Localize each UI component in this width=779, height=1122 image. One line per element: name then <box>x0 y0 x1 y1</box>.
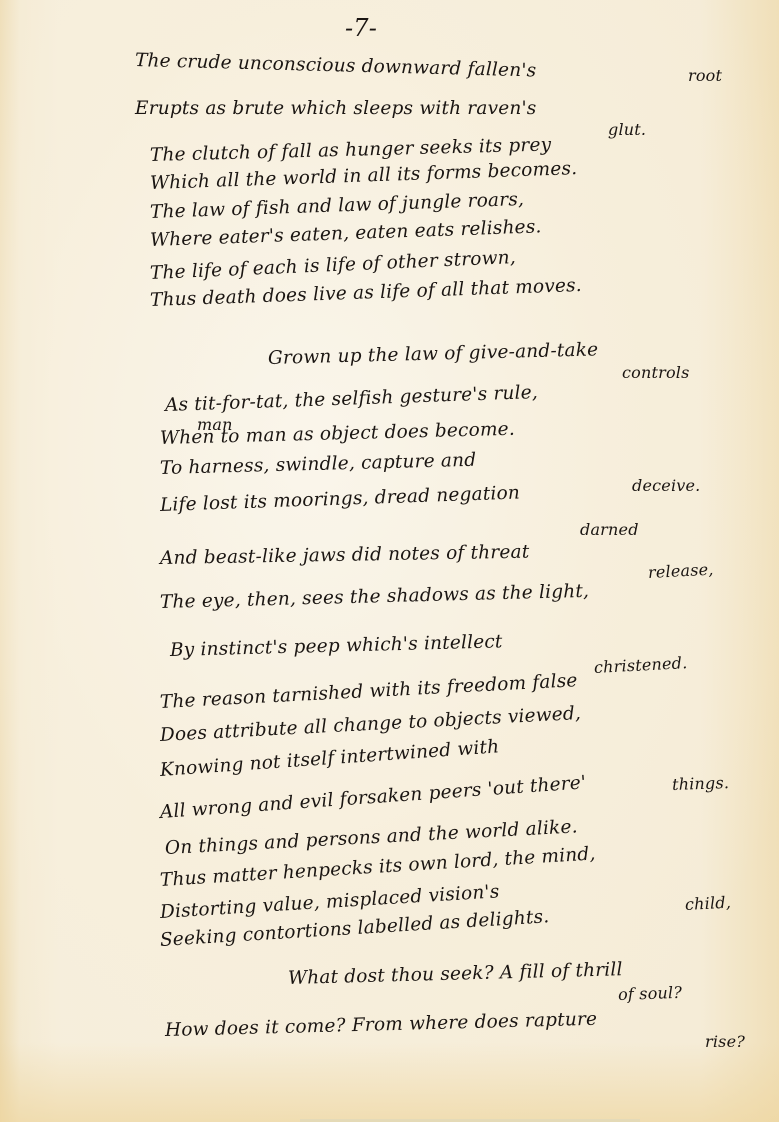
manuscript-page: -7- The crude unconscious downward falle… <box>0 0 779 1122</box>
poem-line: The eye, then, sees the shadows as the l… <box>160 581 590 613</box>
interlinear-word: of soul? <box>618 983 683 1004</box>
poem-line: Life lost its moorings, dread negation <box>160 482 521 516</box>
interlinear-word: child, <box>685 893 732 914</box>
poem-line: The crude unconscious downward fallen's <box>135 50 537 82</box>
poem-line: By instinct's peep which's intellect <box>170 631 503 661</box>
page-number: -7- <box>345 14 377 42</box>
interlinear-word: deceive. <box>632 476 700 495</box>
poem-line: Where eater's eaten, eaten eats relishes… <box>150 216 542 251</box>
poem-line: All wrong and evil forsaken peers 'out t… <box>159 772 587 823</box>
interlinear-word: things. <box>672 773 730 794</box>
poem-line: What dost thou seek? A fill of thrill <box>288 959 623 989</box>
interlinear-word: rise? <box>705 1032 745 1051</box>
poem-line: To harness, swindle, capture and <box>160 450 477 479</box>
poem-line: As tit-for-tat, the selfish gesture's ru… <box>165 382 539 416</box>
interlinear-word: glut. <box>608 120 646 139</box>
interlinear-word: darned <box>580 520 639 539</box>
poem-line: And beast-like jaws did notes of threat <box>160 542 530 569</box>
interlinear-word: christened. <box>594 653 688 677</box>
poem-line: How does it come? From where does raptur… <box>165 1009 598 1041</box>
interlinear-word: root <box>688 66 722 85</box>
interlinear-word: release, <box>648 560 715 582</box>
interlinear-word: controls <box>622 363 690 382</box>
poem-line: Grown up the law of give-and-take <box>268 339 599 369</box>
poem-line: Erupts as brute which sleeps with raven'… <box>135 98 536 119</box>
